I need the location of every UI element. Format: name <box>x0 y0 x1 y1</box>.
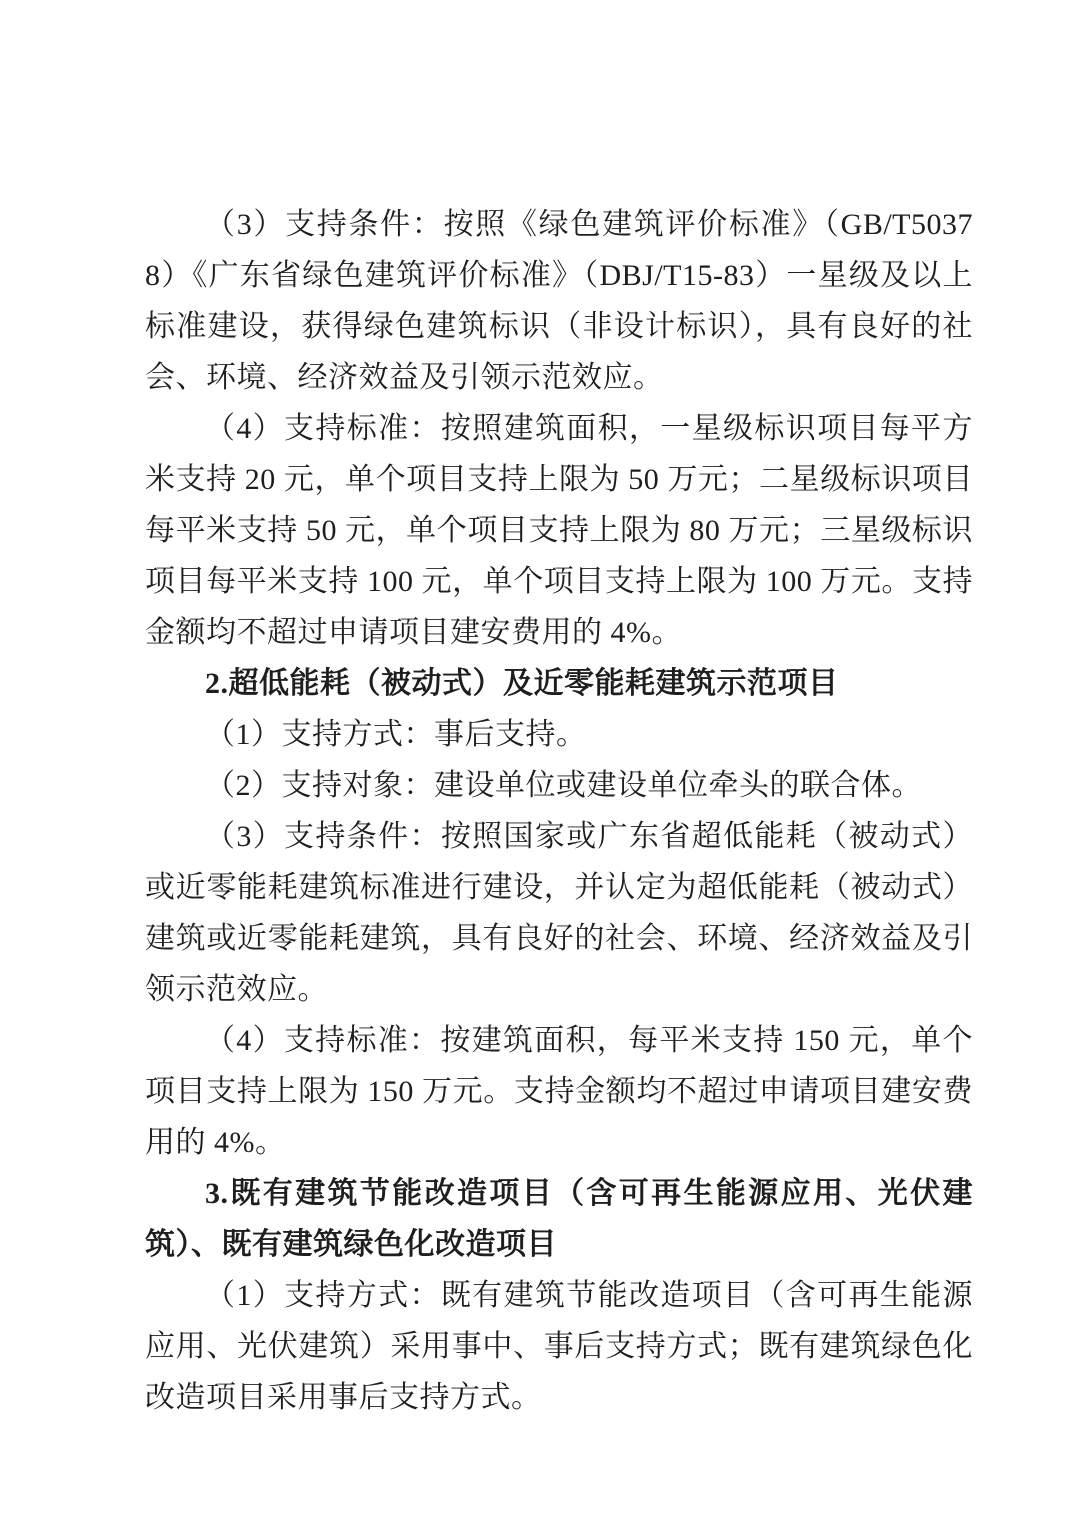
section-heading: 2.超低能耗（被动式）及近零能耗建筑示范项目 <box>145 658 973 709</box>
section-heading: 3.既有建筑节能改造项目（含可再生能源应用、光伏建筑）、既有建筑绿色化改造项目 <box>145 1168 973 1270</box>
body-paragraph: （3）支持条件：按照《绿色建筑评价标准》（GB/T50378）《广东省绿色建筑评… <box>145 199 973 403</box>
document-page: （3）支持条件：按照《绿色建筑评价标准》（GB/T50378）《广东省绿色建筑评… <box>0 0 1080 1527</box>
body-paragraph: （4）支持标准：按建筑面积，每平米支持 150 元，单个项目支持上限为 150 … <box>145 1015 973 1168</box>
body-paragraph: （1）支持方式：事后支持。 <box>145 709 973 760</box>
body-paragraph: （3）支持条件：按照国家或广东省超低能耗（被动式）或近零能耗建筑标准进行建设，并… <box>145 811 973 1015</box>
document-body: （3）支持条件：按照《绿色建筑评价标准》（GB/T50378）《广东省绿色建筑评… <box>145 199 973 1423</box>
body-paragraph: （2）支持对象：建设单位或建设单位牵头的联合体。 <box>145 760 973 811</box>
body-paragraph: （1）支持方式：既有建筑节能改造项目（含可再生能源应用、光伏建筑）采用事中、事后… <box>145 1270 973 1423</box>
body-paragraph: （4）支持标准：按照建筑面积，一星级标识项目每平方米支持 20 元，单个项目支持… <box>145 403 973 658</box>
